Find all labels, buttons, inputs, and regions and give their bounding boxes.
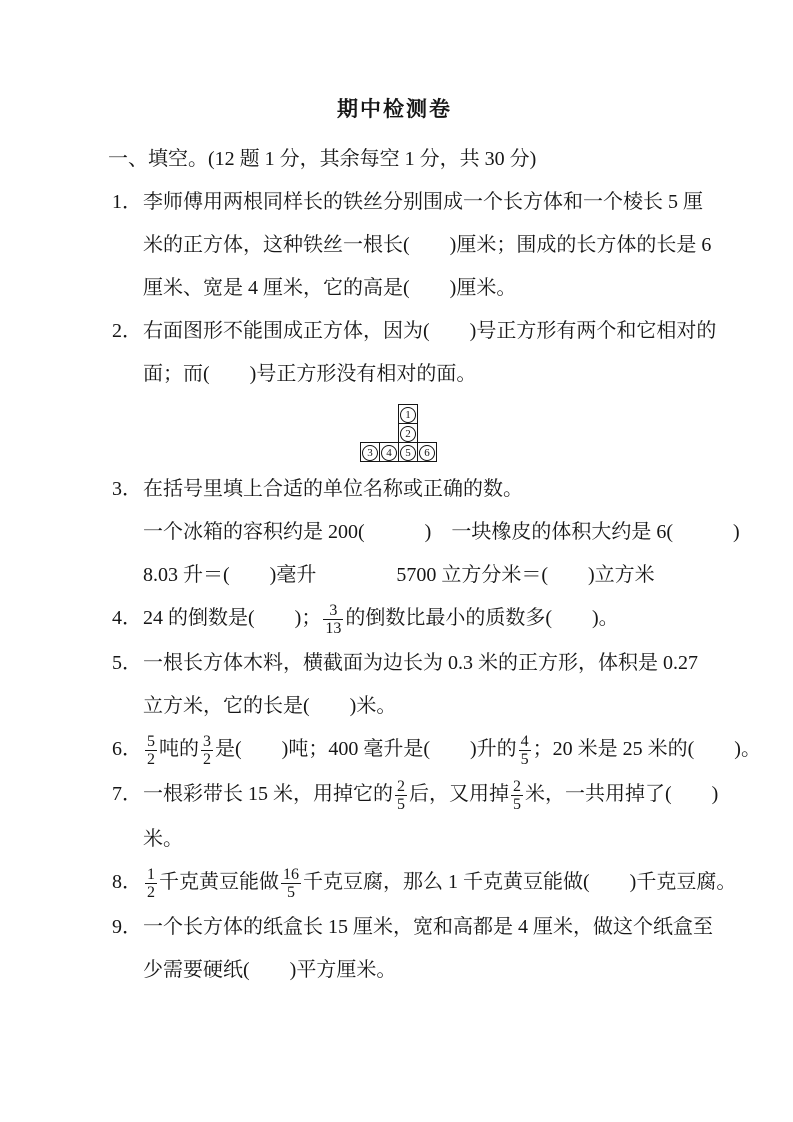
question-line: 右面图形不能围成正方体，因为( )号正方形有两个和它相对的 xyxy=(143,310,677,353)
question-4: 4．24 的倒数是( )；313的倒数比最小的质数多( )。 xyxy=(112,597,677,642)
fraction: 32 xyxy=(201,733,213,768)
question-number: 5． xyxy=(112,642,142,685)
circled-number: 6 xyxy=(419,445,435,461)
fraction: 45 xyxy=(519,733,531,768)
section-heading: 一、填空。(12 题 1 分，其余每空 1 分，共 30 分) xyxy=(108,138,677,181)
question-line: 米的正方体，这种铁丝一根长( )厘米；围成的长方体的长是 6 xyxy=(143,224,677,267)
question-line: 少需要硬纸( )平方厘米。 xyxy=(143,949,677,992)
net-square: 4 xyxy=(379,442,399,462)
question-list: 1．李师傅用两根同样长的铁丝分别围成一个长方体和一个棱长 5 厘米的正方体，这种… xyxy=(112,181,677,992)
question-8: 8．12千克黄豆能做165千克豆腐，那么 1 千克黄豆能做( )千克豆腐。 xyxy=(112,861,677,906)
circled-number: 4 xyxy=(381,445,397,461)
fraction: 52 xyxy=(145,733,157,768)
question-number: 1． xyxy=(112,181,142,224)
net-square: 6 xyxy=(417,442,437,462)
net-square: 3 xyxy=(360,442,380,462)
circled-number: 3 xyxy=(362,445,378,461)
question-line: 在括号里填上合适的单位名称或正确的数。 xyxy=(143,468,677,511)
fraction: 313 xyxy=(323,602,343,637)
question-number: 7． xyxy=(112,773,142,816)
question-line: 12千克黄豆能做165千克豆腐，那么 1 千克黄豆能做( )千克豆腐。 xyxy=(143,861,677,906)
question-6: 6．52吨的32是( )吨；400 毫升是( )升的45；20 米是 25 米的… xyxy=(112,728,677,773)
question-line: 米。 xyxy=(143,818,677,861)
circled-number: 1 xyxy=(400,407,416,423)
question-line: 一个冰箱的容积约是 200( ) 一块橡皮的体积大约是 6( ) xyxy=(143,511,677,554)
question-line: 李师傅用两根同样长的铁丝分别围成一个长方体和一个棱长 5 厘 xyxy=(143,181,677,224)
question-number: 9． xyxy=(112,906,142,949)
cube-net-diagram: 123456 xyxy=(360,404,437,462)
fraction: 165 xyxy=(281,866,301,901)
question-3: 3．在括号里填上合适的单位名称或正确的数。一个冰箱的容积约是 200( ) 一块… xyxy=(112,468,677,597)
question-number: 8． xyxy=(112,861,142,904)
net-square: 5 xyxy=(398,442,418,462)
circled-number: 5 xyxy=(400,445,416,461)
circled-number: 2 xyxy=(400,426,416,442)
question-2: 2．右面图形不能围成正方体，因为( )号正方形有两个和它相对的面；而( )号正方… xyxy=(112,310,677,462)
question-5: 5．一根长方体木料，横截面为边长为 0.3 米的正方形，体积是 0.27立方米，… xyxy=(112,642,677,728)
question-line: 8.03 升＝( )毫升 5700 立方分米＝( )立方米 xyxy=(143,554,677,597)
page-title: 期中检测卷 xyxy=(112,96,677,122)
question-line: 立方米，它的长是( )米。 xyxy=(143,685,677,728)
question-number: 3． xyxy=(112,468,142,511)
question-7: 7．一根彩带长 15 米，用掉它的25后，又用掉25米，一共用掉了( )米。 xyxy=(112,773,677,861)
question-9: 9．一个长方体的纸盒长 15 厘米，宽和高都是 4 厘米，做这个纸盒至少需要硬纸… xyxy=(112,906,677,992)
question-number: 4． xyxy=(112,597,142,640)
fraction: 12 xyxy=(145,866,157,901)
question-line: 面；而( )号正方形没有相对的面。 xyxy=(143,353,677,396)
fraction: 25 xyxy=(395,778,407,813)
question-line: 一根彩带长 15 米，用掉它的25后，又用掉25米，一共用掉了( ) xyxy=(143,773,677,818)
question-line: 厘米、宽是 4 厘米，它的高是( )厘米。 xyxy=(143,267,677,310)
question-line: 一根长方体木料，横截面为边长为 0.3 米的正方形，体积是 0.27 xyxy=(143,642,677,685)
net-square: 1 xyxy=(398,404,418,424)
question-number: 6． xyxy=(112,728,142,771)
exam-page: 期中检测卷 一、填空。(12 题 1 分，其余每空 1 分，共 30 分) 1．… xyxy=(0,0,793,1122)
question-number: 2． xyxy=(112,310,142,353)
question-line: 52吨的32是( )吨；400 毫升是( )升的45；20 米是 25 米的( … xyxy=(143,728,677,773)
question-line: 24 的倒数是( )；313的倒数比最小的质数多( )。 xyxy=(143,597,677,642)
fraction: 25 xyxy=(511,778,523,813)
question-1: 1．李师傅用两根同样长的铁丝分别围成一个长方体和一个棱长 5 厘米的正方体，这种… xyxy=(112,181,677,310)
net-square: 2 xyxy=(398,423,418,443)
question-line: 一个长方体的纸盒长 15 厘米，宽和高都是 4 厘米，做这个纸盒至 xyxy=(143,906,677,949)
